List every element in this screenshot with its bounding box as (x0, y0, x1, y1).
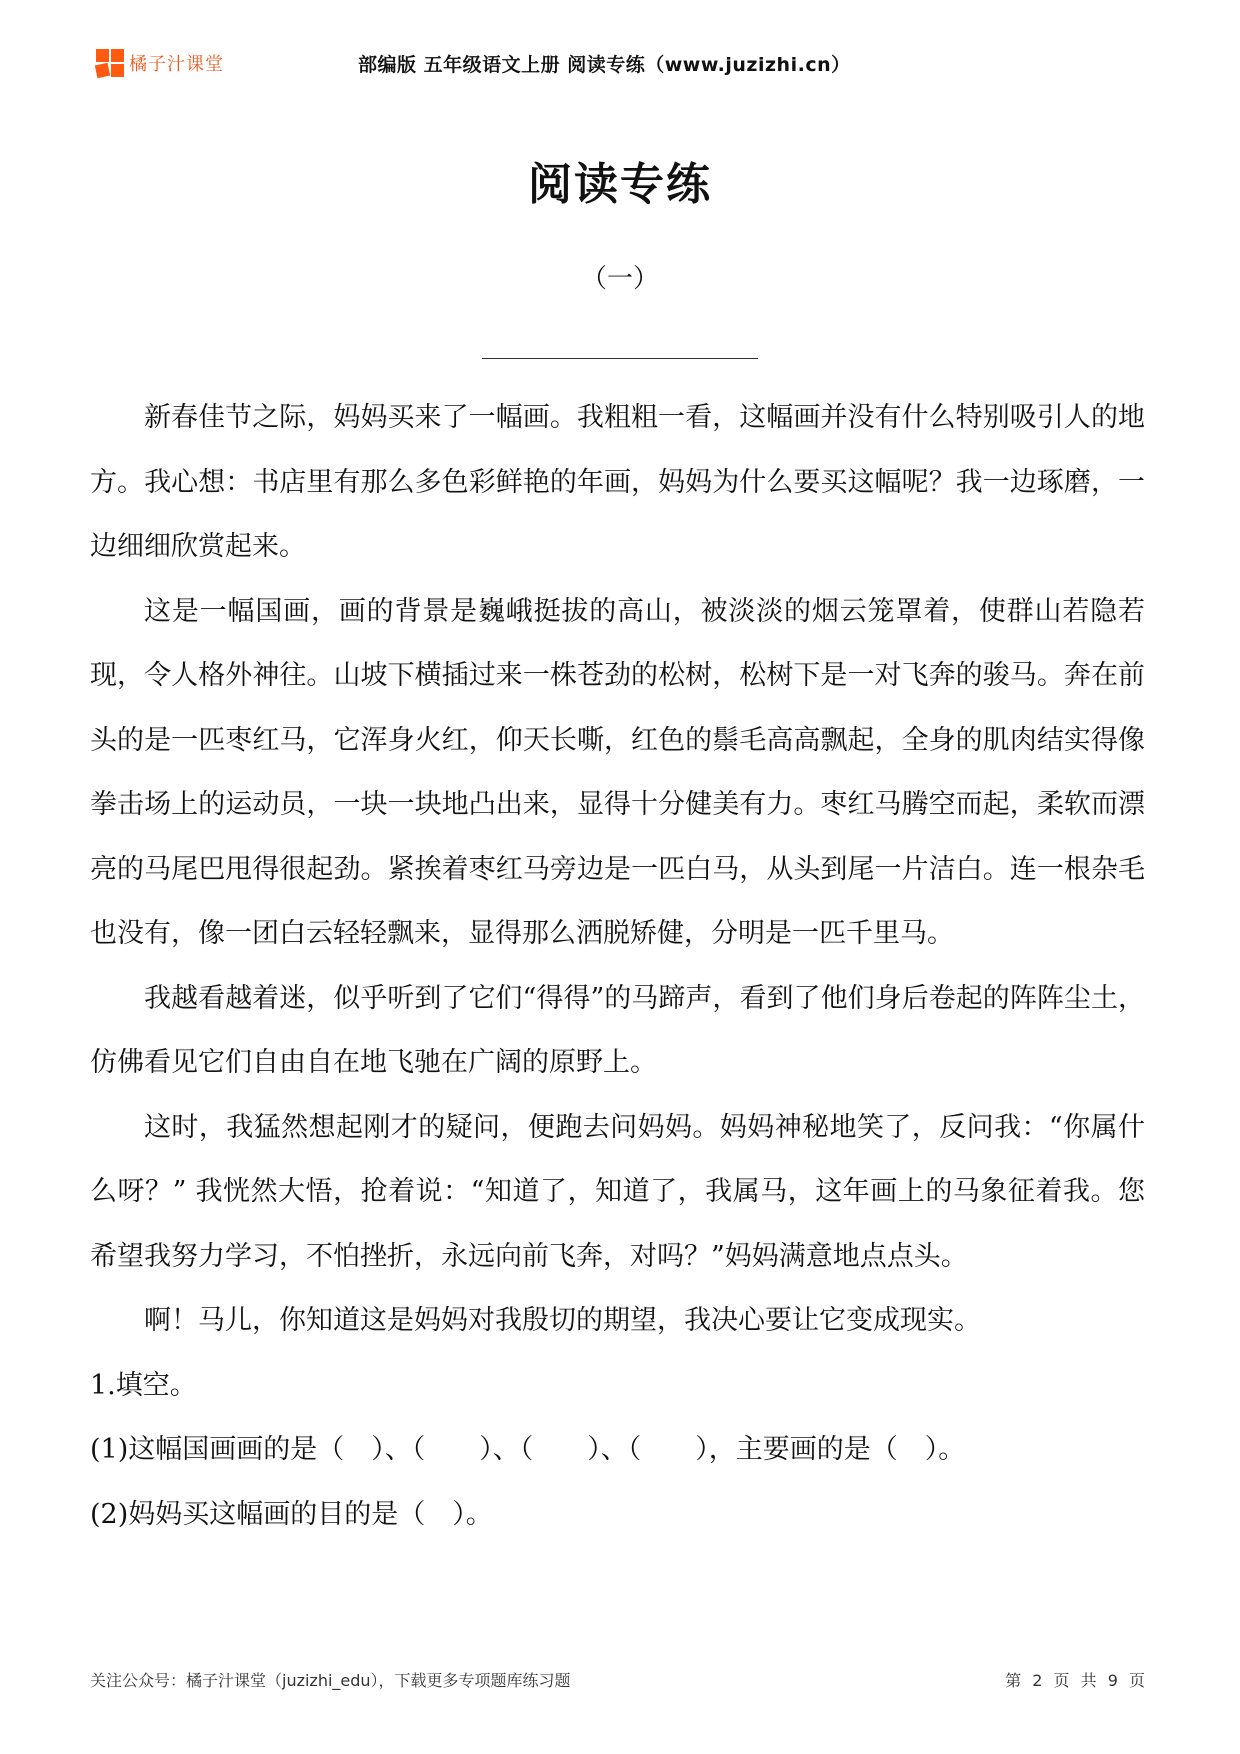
brand-logo: 橘子汁课堂 (96, 47, 224, 79)
paragraph: 这是一幅国画，画的背景是巍峨挺拔的高山，被淡淡的烟云笼罩着，使群山若隐若现，令人… (90, 580, 1145, 967)
question-item: (2)妈妈买这幅画的目的是（ ）。 (90, 1483, 1145, 1548)
question-item: (1)这幅国画画的是（ ）、（ ）、（ ）、（ ），主要画的是（ ）。 (90, 1418, 1145, 1483)
section-number: （一） (0, 258, 1240, 295)
question-heading: 1.填空。 (90, 1354, 1145, 1419)
paragraph: 啊！马儿，你知道这是妈妈对我殷切的期望，我决心要让它变成现实。 (90, 1289, 1145, 1354)
header-title: 部编版 五年级语文上册 阅读专练（www.juzizhi.cn） (358, 50, 851, 77)
page-number: 第 2 页 共 9 页 (1005, 1668, 1145, 1691)
brand-name: 橘子汁课堂 (129, 50, 224, 76)
paragraph: 这时，我猛然想起刚才的疑问，便跑去问妈妈。妈妈神秘地笑了，反问我：“你属什么呀？… (90, 1096, 1145, 1290)
reading-passage: 新春佳节之际，妈妈买来了一幅画。我粗粗一看，这幅画并没有什么特别吸引人的地方。我… (90, 386, 1145, 1547)
page-title: 阅读专练 (0, 148, 1240, 212)
logo-squares-icon (96, 49, 125, 78)
paragraph: 我越看越着迷，似乎听到了它们“得得”的马蹄声，看到了他们身后卷起的阵阵尘土，仿佛… (90, 967, 1145, 1096)
footer-note: 关注公众号：橘子汁课堂（juzizhi_edu），下载更多专项题库练习题 (90, 1668, 571, 1691)
title-divider (482, 358, 758, 359)
paragraph: 新春佳节之际，妈妈买来了一幅画。我粗粗一看，这幅画并没有什么特别吸引人的地方。我… (90, 386, 1145, 580)
